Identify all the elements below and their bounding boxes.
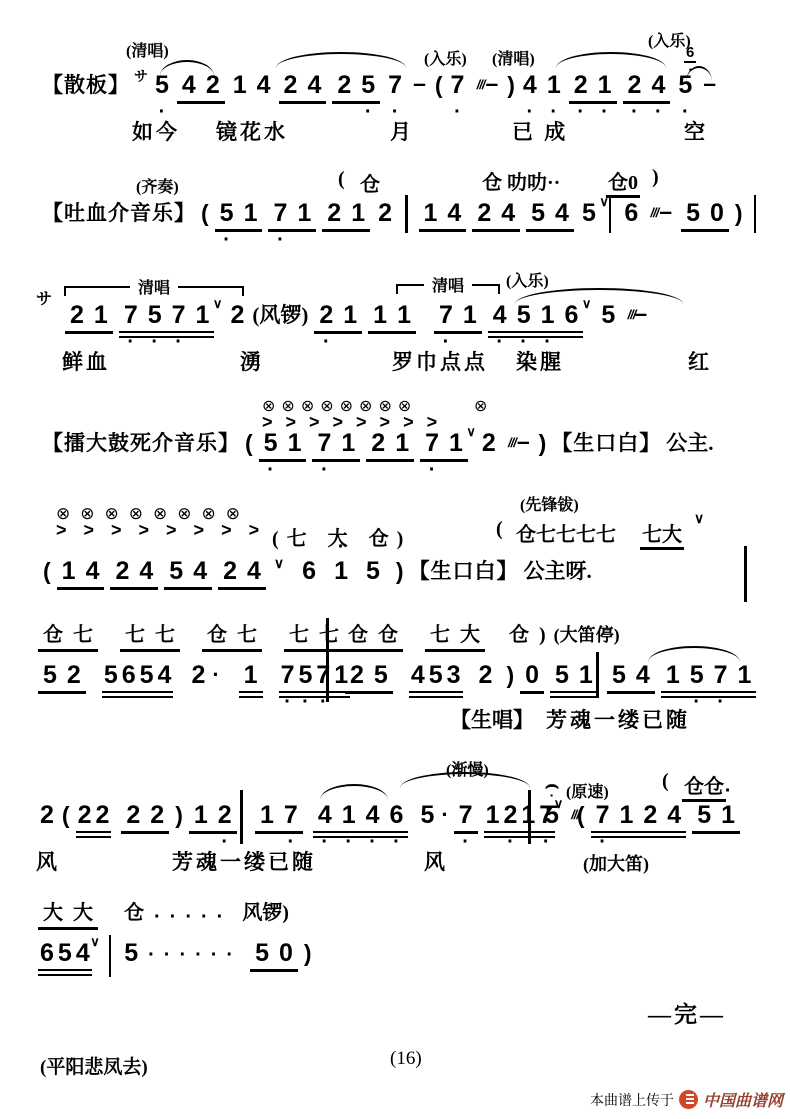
paren: ( (199, 198, 211, 228)
note-digit: 5 (527, 198, 549, 228)
octave-dot-below: · (223, 235, 230, 245)
spoken-text: 公主呀. (522, 556, 594, 586)
notation-row: (14245424∨61·5)【生口白】公主呀. (40, 556, 595, 590)
watermark-prefix: 本曲谱上传于 (590, 1090, 674, 1110)
beam-group: 7·5·7·1 (279, 660, 351, 698)
beam-group: 5·1 (215, 198, 263, 232)
lyric-text: 镜花水 (216, 116, 288, 146)
beam-group: 1 (239, 660, 263, 698)
note-digit: 4 (497, 198, 519, 228)
annotation: (七 大 仓) (272, 522, 411, 551)
note-digit: 7· (315, 660, 331, 690)
paren: ) (733, 198, 745, 228)
note-digit: 1 (575, 660, 597, 690)
beam-group: 14 (57, 556, 105, 590)
barline (596, 652, 599, 698)
note-digit: 2 (323, 198, 345, 228)
octave-dot-below: · (284, 697, 291, 707)
notation-row: 仓七七七仓七七七 (35, 622, 347, 652)
end-mark: —完— (648, 996, 726, 1029)
note-digit: 1· (594, 70, 616, 100)
note-digit: 1 (662, 660, 684, 690)
note-digit: 5· (297, 660, 313, 690)
percussion-syllable: 风锣) (238, 900, 293, 926)
percussion-syllable: 大 (456, 622, 484, 648)
notation-row: 17·4·1·4·6·5·7·12·17·∨ (252, 800, 558, 838)
note-digit: 4 (410, 660, 426, 690)
augmentation-dot: · (211, 660, 220, 690)
note-digit: 2 (187, 660, 209, 690)
note-digit: 5· (686, 660, 708, 690)
dash-note: – (654, 196, 677, 226)
octave-dot-below: · (365, 107, 372, 117)
note-digit: 2 (346, 660, 368, 690)
beam-group: 17· (255, 800, 303, 834)
note-digit: 2 (473, 198, 495, 228)
octave-dot-below: · (543, 837, 550, 847)
octave-dot-below: · (345, 837, 352, 847)
vocal-bracket: 清唱 (396, 284, 500, 309)
breath-mark: ∨ (270, 548, 288, 578)
paren: ( (41, 556, 53, 586)
beam-group: 7·1 (268, 198, 316, 232)
percussion-syllable: 七 (315, 622, 343, 648)
note-digit: 7· (710, 660, 732, 690)
note-digit: 4 (82, 556, 104, 586)
watermark: 本曲谱上传于 中国曲谱网 (590, 1088, 783, 1111)
annotation: 6 (684, 44, 696, 63)
dot-sequence: ······ (144, 940, 246, 970)
note-digit: 2 (122, 800, 144, 830)
footer-left-note: (平阳悲凤去) (40, 1052, 148, 1079)
page-number: (16) (390, 1048, 422, 1070)
note-digit: 5///⌢· (541, 800, 563, 830)
octave-dot-below: · (655, 107, 662, 117)
beam-group: 51 (550, 660, 598, 698)
note-digit: 4 (303, 70, 325, 100)
note-digit: 4· (647, 70, 669, 100)
note-digit: 2 (111, 556, 133, 586)
note-digit: 1· (537, 300, 559, 330)
beam-group: 14 (419, 198, 467, 232)
octave-dot-below: · (321, 465, 328, 475)
octave-dot-below: · (717, 697, 724, 707)
octave-dot-below: · (693, 697, 700, 707)
note-digit: 2· (570, 70, 592, 100)
notation-row: 仓仓七大仓)(大笛停) (340, 622, 623, 652)
beam-group: 52 (38, 660, 86, 694)
note-digit: 4 (135, 556, 157, 586)
lyric-text: 风 (424, 846, 448, 876)
lyric-text: 风 (36, 846, 60, 876)
percussion-syllable: 仓 (374, 622, 402, 648)
note-digit: 6∨ (561, 300, 583, 330)
notation-row: 【散板】サ5·42142425·7·–(7·///–)4·1·2·1·2·4·5… (40, 70, 722, 104)
annotation: ( (338, 168, 345, 191)
barline (744, 546, 747, 602)
notation-row: 254532)051 (342, 660, 601, 698)
augmentation-dot: · (440, 800, 449, 830)
annotation: 七大 (640, 518, 684, 550)
note-digit: 1 (420, 198, 442, 228)
notation-row: 2(2222)12· (35, 800, 240, 838)
octave-dot-below: · (277, 235, 284, 245)
dash-note: – (408, 68, 431, 98)
note-digit: 4 (253, 70, 275, 100)
note-digit: 7· (280, 800, 302, 830)
note-digit: 5 (682, 198, 704, 228)
note-digit: 6 (121, 660, 137, 690)
octave-dot-below: · (454, 107, 461, 117)
beam-group: 仓七 (202, 622, 262, 652)
note-digit: 5/// (597, 300, 619, 330)
beam-group: 7·1∨ (420, 428, 468, 462)
annotation: ) (652, 166, 659, 189)
lyric-text: 空 (684, 116, 708, 146)
notation-row: 5256542·17·5·7·1 (35, 660, 353, 698)
note-digit: 1 (190, 800, 212, 830)
fermata-dot: · (550, 791, 555, 799)
note-digit: 2· (624, 70, 646, 100)
octave-dot-below: · (577, 107, 584, 117)
octave-dot-below: · (175, 337, 182, 347)
percussion-syllable: 七 (233, 622, 261, 648)
note-digit: 1 (339, 300, 361, 330)
beam-group: 7·124 (591, 800, 687, 838)
note-digit: 5 (120, 938, 142, 968)
note-digit: 1 (347, 198, 369, 228)
octave-dot-below: · (599, 837, 606, 847)
note-digit: 5 (57, 938, 73, 968)
note-digit: 5 (428, 660, 444, 690)
octave-dot-below: · (601, 107, 608, 117)
note-digit: 2 (280, 70, 302, 100)
note-digit: 4· (362, 800, 384, 830)
octave-dot-below: · (429, 465, 436, 475)
annotation: >>>>>>>> (262, 412, 450, 433)
note-digit: 5 (416, 800, 438, 830)
octave-dot-below: · (323, 337, 330, 347)
sa-mark: サ (133, 61, 149, 91)
section-label: 【生唱】 (450, 704, 534, 734)
note-digit: 2· (502, 800, 518, 830)
paren: ( (60, 800, 72, 830)
beam-group: 5654 (102, 660, 174, 698)
octave-dot-below: · (462, 837, 469, 847)
note-digit: 2 (63, 660, 85, 690)
note-digit: 0 (521, 660, 543, 690)
notation-row: 5415·7·1 (604, 660, 759, 698)
note-digit: 6 (298, 556, 320, 586)
beam-group: 50 (250, 938, 298, 972)
percussion-syllable: 大 (69, 900, 97, 926)
note-digit: 5 (608, 660, 630, 690)
watermark-site-name: 中国曲谱网 (703, 1088, 783, 1111)
lyric-text: 月 (390, 116, 414, 146)
barline (109, 935, 112, 977)
note-digit: 2 (475, 660, 497, 690)
barline (754, 195, 757, 233)
paren: ( (575, 800, 587, 830)
beam-group: 54 (164, 556, 212, 590)
note-digit: 0 (275, 938, 297, 968)
slur-arc (556, 52, 666, 68)
note-digit: 1 (256, 800, 278, 830)
note-digit: 7· (269, 198, 291, 228)
note-digit: 1 (229, 70, 251, 100)
note-digit: 6/// (620, 198, 642, 228)
barline (609, 195, 612, 233)
lyric-text: 芳魂一缕已随 (546, 704, 690, 734)
paren: ) (173, 800, 185, 830)
beam-group: 24 (279, 70, 327, 104)
percussion-syllable: 仓 (120, 900, 148, 926)
lyric-text: 鲜血 (62, 346, 110, 376)
annotation: >>>>>>>> (56, 520, 276, 541)
note-digit: 4∨ (75, 938, 91, 968)
note-digit: 7· (280, 660, 296, 690)
paren: ) (302, 938, 314, 968)
note-digit: 2 (639, 800, 661, 830)
paren: ) (394, 556, 406, 586)
spoken-text: (风锣) (250, 300, 310, 330)
note-digit: 4 (663, 800, 685, 830)
beam-group: 24 (218, 556, 266, 590)
beam-group: 24 (110, 556, 158, 590)
beam-group: 24 (472, 198, 520, 232)
beam-group: 2·1· (569, 70, 617, 104)
slur-arc (400, 772, 530, 788)
beam-group: 654∨ (38, 938, 92, 976)
note-digit: 7·/// (447, 70, 469, 100)
annotation: (清唱) (126, 38, 169, 61)
slur-arc (648, 646, 740, 662)
sheet-music-page: —完— (平阳悲凤去) (16) 本曲谱上传于 中国曲谱网 【散板】サ5·421… (0, 0, 790, 1119)
annotation: ( (662, 770, 669, 793)
beam-group: 七大 (425, 622, 485, 652)
note-digit: 4 (157, 660, 173, 690)
notation-row: 【吐血介音乐】(5·17·12121424545∨6///–50) (40, 198, 764, 236)
annotation: (清唱) (492, 46, 535, 69)
note-digit: 2 (94, 800, 110, 830)
note-digit: 5· (357, 70, 379, 100)
octave-dot-below: · (507, 837, 514, 847)
paren: ) (537, 428, 549, 458)
beam-group: 25· (332, 70, 380, 104)
beam-group: 12· (189, 800, 237, 834)
note-digit: 5· (216, 198, 238, 228)
note-digit: 1· (338, 800, 360, 830)
beam-group: 0 (520, 660, 544, 694)
note-digit: 2 (374, 198, 396, 228)
note-digit: 1 (734, 660, 756, 690)
beam-group: 453 (409, 660, 463, 698)
octave-dot-below: · (369, 837, 376, 847)
octave-dot-below: · (302, 697, 309, 707)
annotation: (齐奏) (136, 174, 179, 197)
section-label: 【吐血介音乐】 (41, 198, 197, 228)
note-digit: 2 (77, 800, 93, 830)
note-digit: 5 (103, 660, 119, 690)
annotation: (入乐) (424, 46, 467, 69)
section-label: 【生口白】 (408, 556, 520, 586)
notation-row: 【擂大鼓死介音乐】(5·17·1217·1∨2///–)【生口白】公主. (40, 428, 717, 462)
note-digit: 4 (243, 556, 265, 586)
note-digit: 4 (189, 556, 211, 586)
note-digit: 4· (519, 70, 541, 100)
beam-group: 七七 (284, 622, 344, 652)
percussion-syllable: 七 (121, 622, 149, 648)
notation-row: 5///⌢·(7·12451· (540, 800, 743, 838)
note-digit: 5 (39, 660, 61, 690)
beam-group: 25 (345, 660, 393, 694)
paren: ) (505, 70, 517, 100)
octave-dot-below: · (151, 337, 158, 347)
beam-group: 4·5·1·6∨ (488, 300, 584, 338)
note-digit: 2 (146, 800, 168, 830)
breath-mark: ∨ (466, 417, 476, 447)
note-digit: 2 (36, 800, 58, 830)
beam-group: 22 (121, 800, 169, 834)
spoken-text: 公主. (664, 428, 715, 458)
annotation: ( (496, 518, 503, 541)
percussion-syllable: 七 (285, 622, 313, 648)
notation-row: 654∨5······50) (35, 938, 315, 980)
percussion-syllable: ) (535, 622, 550, 648)
beam-group: 21 (322, 198, 370, 232)
section-label: 【擂大鼓死介音乐】 (41, 428, 241, 458)
beam-group: 仓仓 (343, 622, 403, 652)
beam-group: 仓七 (38, 622, 98, 652)
percussion-syllable: 大 (39, 900, 67, 926)
beam-group: 50 (681, 198, 729, 232)
beam-group: 七七 (120, 622, 180, 652)
annotation: (入乐) (506, 268, 549, 291)
note-digit: 1 (240, 660, 262, 690)
percussion-syllable: 仓 (344, 622, 372, 648)
percussion-syllable: 仓 (203, 622, 231, 648)
percussion-syllable: 七 (69, 622, 97, 648)
beam-group: 15·7·1 (661, 660, 757, 698)
note-digit: 1 (615, 800, 637, 830)
section-label: 【生口白】 (550, 428, 662, 458)
note-digit: 4 (632, 660, 654, 690)
lyric-text: 芳魂一缕已随 (172, 846, 316, 876)
annotation: 仓七七七七 (516, 518, 616, 547)
slur-arc (320, 784, 388, 800)
note-digit: 7· (384, 70, 406, 100)
annotation: ⊗ (474, 396, 493, 415)
beam-group: 54 (526, 198, 574, 232)
beam-group: 大大 (38, 900, 98, 930)
annotation: 仓 (360, 168, 380, 197)
site-logo-icon (679, 1090, 698, 1109)
octave-dot-below: · (321, 837, 328, 847)
breath-mark: ∨ (90, 927, 100, 957)
lyric-text: 染腥 (516, 346, 564, 376)
note-digit: 2 (333, 70, 355, 100)
bracket-label: 清唱 (424, 278, 472, 295)
beam-group: 5·1 (259, 428, 307, 462)
beam-group: 2·4· (623, 70, 671, 104)
lyric-text: 湧 (240, 346, 264, 376)
annotation: ∨ (694, 510, 704, 527)
slur-arc (160, 60, 214, 76)
beam-group: 2·1 (314, 300, 362, 334)
octave-dot-below: · (496, 337, 503, 347)
annotation: (大笛停) (552, 620, 622, 650)
bracket-label: 清唱 (130, 280, 178, 297)
note-digit: 1 (293, 198, 315, 228)
barline (326, 618, 329, 702)
barline (240, 790, 243, 844)
octave-dot-below: · (127, 337, 134, 347)
beam-group: 54 (607, 660, 655, 694)
beam-group: 4·1·4·6· (313, 800, 409, 838)
percussion-syllable: 仓 (505, 622, 533, 648)
annotation: 仓 叻叻·· (482, 166, 560, 195)
annotation: 仓仓 (682, 770, 726, 802)
annotation: 仓0 (606, 166, 640, 198)
note-digit: 2 (219, 556, 241, 586)
note-digit: 0 (706, 198, 728, 228)
note-digit: 5 (693, 800, 715, 830)
section-label: 【散板】 (41, 70, 131, 100)
barline (405, 195, 408, 233)
note-digit: 5 (551, 660, 573, 690)
note-digit: 5· (513, 300, 535, 330)
paren: ( (433, 70, 445, 100)
note-digit: 6 (39, 938, 55, 968)
note-digit: 4 (551, 198, 573, 228)
dash-note: – (480, 68, 503, 98)
percussion-syllable: 七 (426, 622, 454, 648)
slur-arc (276, 52, 406, 68)
note-digit: 5 (370, 660, 392, 690)
note-digit: 1 (485, 800, 501, 830)
beam-group: 51· (692, 800, 740, 834)
note-digit: 6· (386, 800, 408, 830)
percussion-syllable: 仓 (39, 622, 67, 648)
barline (528, 790, 531, 844)
vocal-bracket: 清唱 (64, 286, 244, 311)
paren: ( (243, 428, 255, 458)
dot-sequence: ····· (150, 902, 236, 932)
annotation: (原速) (566, 779, 609, 802)
note-digit: 5 (165, 556, 187, 586)
note-digit: 4 (443, 198, 465, 228)
dash-note: – (512, 426, 535, 456)
note-digit: 1· (717, 800, 739, 830)
note-digit: 1 (369, 300, 391, 330)
note-digit: 5∨ (578, 198, 600, 228)
octave-dot-below: · (631, 107, 638, 117)
octave-dot-below: · (267, 465, 274, 475)
note-digit: 5 (139, 660, 155, 690)
note-digit: 2/// (478, 428, 500, 458)
note-digit: 1· (543, 70, 565, 100)
beam-group: 21 (366, 428, 414, 462)
note-digit: 3 (446, 660, 462, 690)
note-digit: 2· (214, 800, 236, 830)
percussion-syllable: 七 (151, 622, 179, 648)
beam-group: 7·1 (312, 428, 360, 462)
paren: ) (504, 660, 516, 690)
note-digit: 2· (315, 300, 337, 330)
beam-group: 7· (454, 800, 478, 834)
octave-dot-below: · (393, 837, 400, 847)
notation-row: 大大仓·····风锣) (35, 900, 294, 930)
